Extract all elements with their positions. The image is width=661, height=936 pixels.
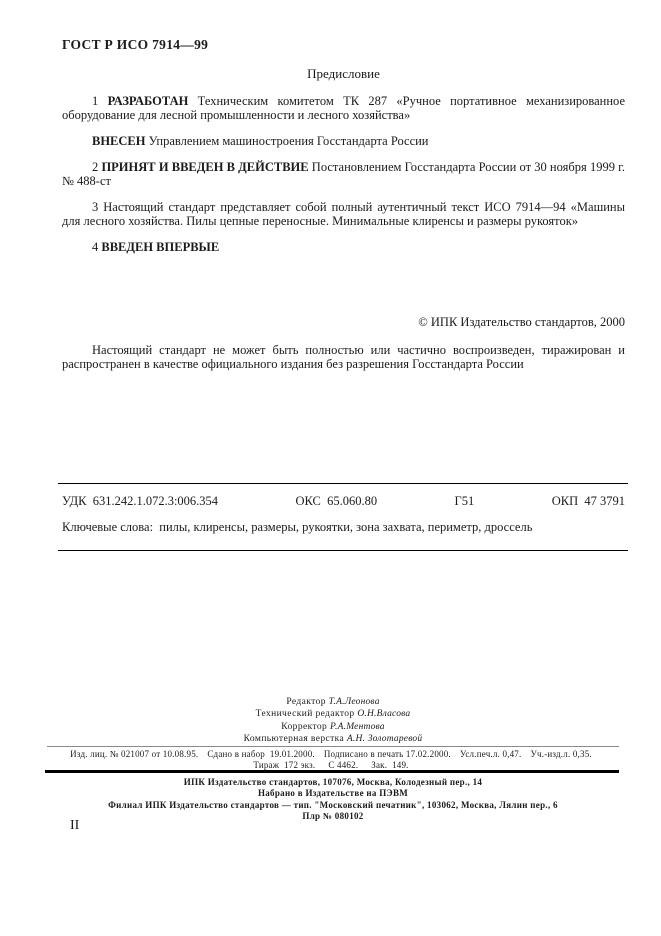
imprint-block: Изд. лиц. № 021007 от 10.08.95. Сдано в … [30, 749, 632, 771]
keywords-line: Ключевые слова: пилы, клиренсы, размеры,… [62, 520, 625, 535]
editor-role: Редактор [286, 697, 326, 707]
editor-role: Компьютерная верстка [244, 734, 344, 744]
group-code: Г51 [455, 494, 475, 509]
item-number: 3 [92, 200, 98, 214]
item-number: 2 [92, 160, 98, 174]
editor-name: Р.А.Ментова [330, 722, 385, 732]
editor-name: О.Н.Власова [357, 709, 410, 719]
item-label: РАЗРАБОТАН [108, 94, 189, 108]
item-label: ВВЕДЕН ВПЕРВЫЕ [101, 240, 219, 254]
imprint-segment: Усл.печ.л. 0,47. [460, 749, 522, 760]
item-text: Настоящий стандарт представляет собой по… [62, 200, 625, 228]
foreword-item-4: 4 ВВЕДЕН ВПЕРВЫЕ [62, 240, 625, 254]
publisher-divider [45, 770, 619, 773]
editor-name: Т.А.Леонова [329, 697, 380, 707]
section-title: Предисловие [62, 66, 625, 82]
item-label: ВНЕСЕН [92, 134, 146, 148]
editor-role: Технический редактор [256, 709, 355, 719]
imprint-segment: Изд. лиц. № 021007 от 10.08.95. [70, 749, 198, 760]
editor-row: Компьютерная верстка А.Н. Золотаревой [47, 733, 619, 745]
editor-row: Технический редактор О.Н.Власова [47, 708, 619, 720]
foreword-item-2: 2 ПРИНЯТ И ВВЕДЕН В ДЕЙСТВИЕ Постановлен… [62, 160, 625, 188]
foreword-item-vnesen: ВНЕСЕН Управлением машиностроения Госста… [62, 134, 625, 148]
copyright-restriction: Настоящий стандарт не может быть полност… [62, 343, 625, 371]
divider-bottom [58, 550, 628, 551]
page-number: II [70, 818, 79, 834]
publisher-line: Филиал ИПК Издательство стандартов — тип… [47, 800, 619, 811]
foreword-item-1: 1 РАЗРАБОТАН Техническим комитетом ТК 28… [62, 94, 625, 122]
imprint-divider [47, 746, 619, 747]
oks-code: ОКС 65.060.80 [295, 494, 377, 509]
publisher-line: Плр № 080102 [47, 811, 619, 822]
item-label: ПРИНЯТ И ВВЕДЕН В ДЕЙСТВИЕ [101, 160, 308, 174]
editor-row: Редактор Т.А.Леонова [47, 696, 619, 708]
item-number: 1 [92, 94, 98, 108]
publisher-line: ИПК Издательство стандартов, 107076, Мос… [47, 777, 619, 788]
imprint-segment: Сдано в набор 19.01.2000. [207, 749, 314, 760]
editors-block: Редактор Т.А.Леонова Технический редакто… [47, 696, 619, 746]
document-page: ГОСТ Р ИСО 7914—99 Предисловие 1 РАЗРАБО… [0, 0, 661, 936]
udk-code: УДК 631.242.1.072.3:006.354 [62, 494, 218, 509]
divider-top [58, 483, 628, 484]
item-number: 4 [92, 240, 98, 254]
editor-role: Корректор [281, 722, 327, 732]
foreword-section: 1 РАЗРАБОТАН Техническим комитетом ТК 28… [62, 94, 625, 266]
publisher-line: Набрано в Издательстве на ПЭВМ [47, 788, 619, 799]
imprint-segment: Подписано в печать 17.02.2000. [324, 749, 451, 760]
publisher-block: ИПК Издательство стандартов, 107076, Мос… [47, 777, 619, 822]
imprint-line-1: Изд. лиц. № 021007 от 10.08.95. Сдано в … [30, 749, 632, 760]
item-text: Управлением машиностроения Госстандарта … [149, 134, 429, 148]
classification-row: УДК 631.242.1.072.3:006.354 ОКС 65.060.8… [62, 494, 625, 509]
doc-code: ГОСТ Р ИСО 7914—99 [62, 37, 208, 53]
foreword-item-3: 3 Настоящий стандарт представляет собой … [62, 200, 625, 228]
imprint-segment: Уч.-изд.л. 0,35. [530, 749, 591, 760]
editor-row: Корректор Р.А.Ментова [47, 721, 619, 733]
copyright-notice: © ИПК Издательство стандартов, 2000 [62, 315, 625, 330]
okp-code: ОКП 47 3791 [552, 494, 625, 509]
editor-name: А.Н. Золотаревой [347, 734, 422, 744]
